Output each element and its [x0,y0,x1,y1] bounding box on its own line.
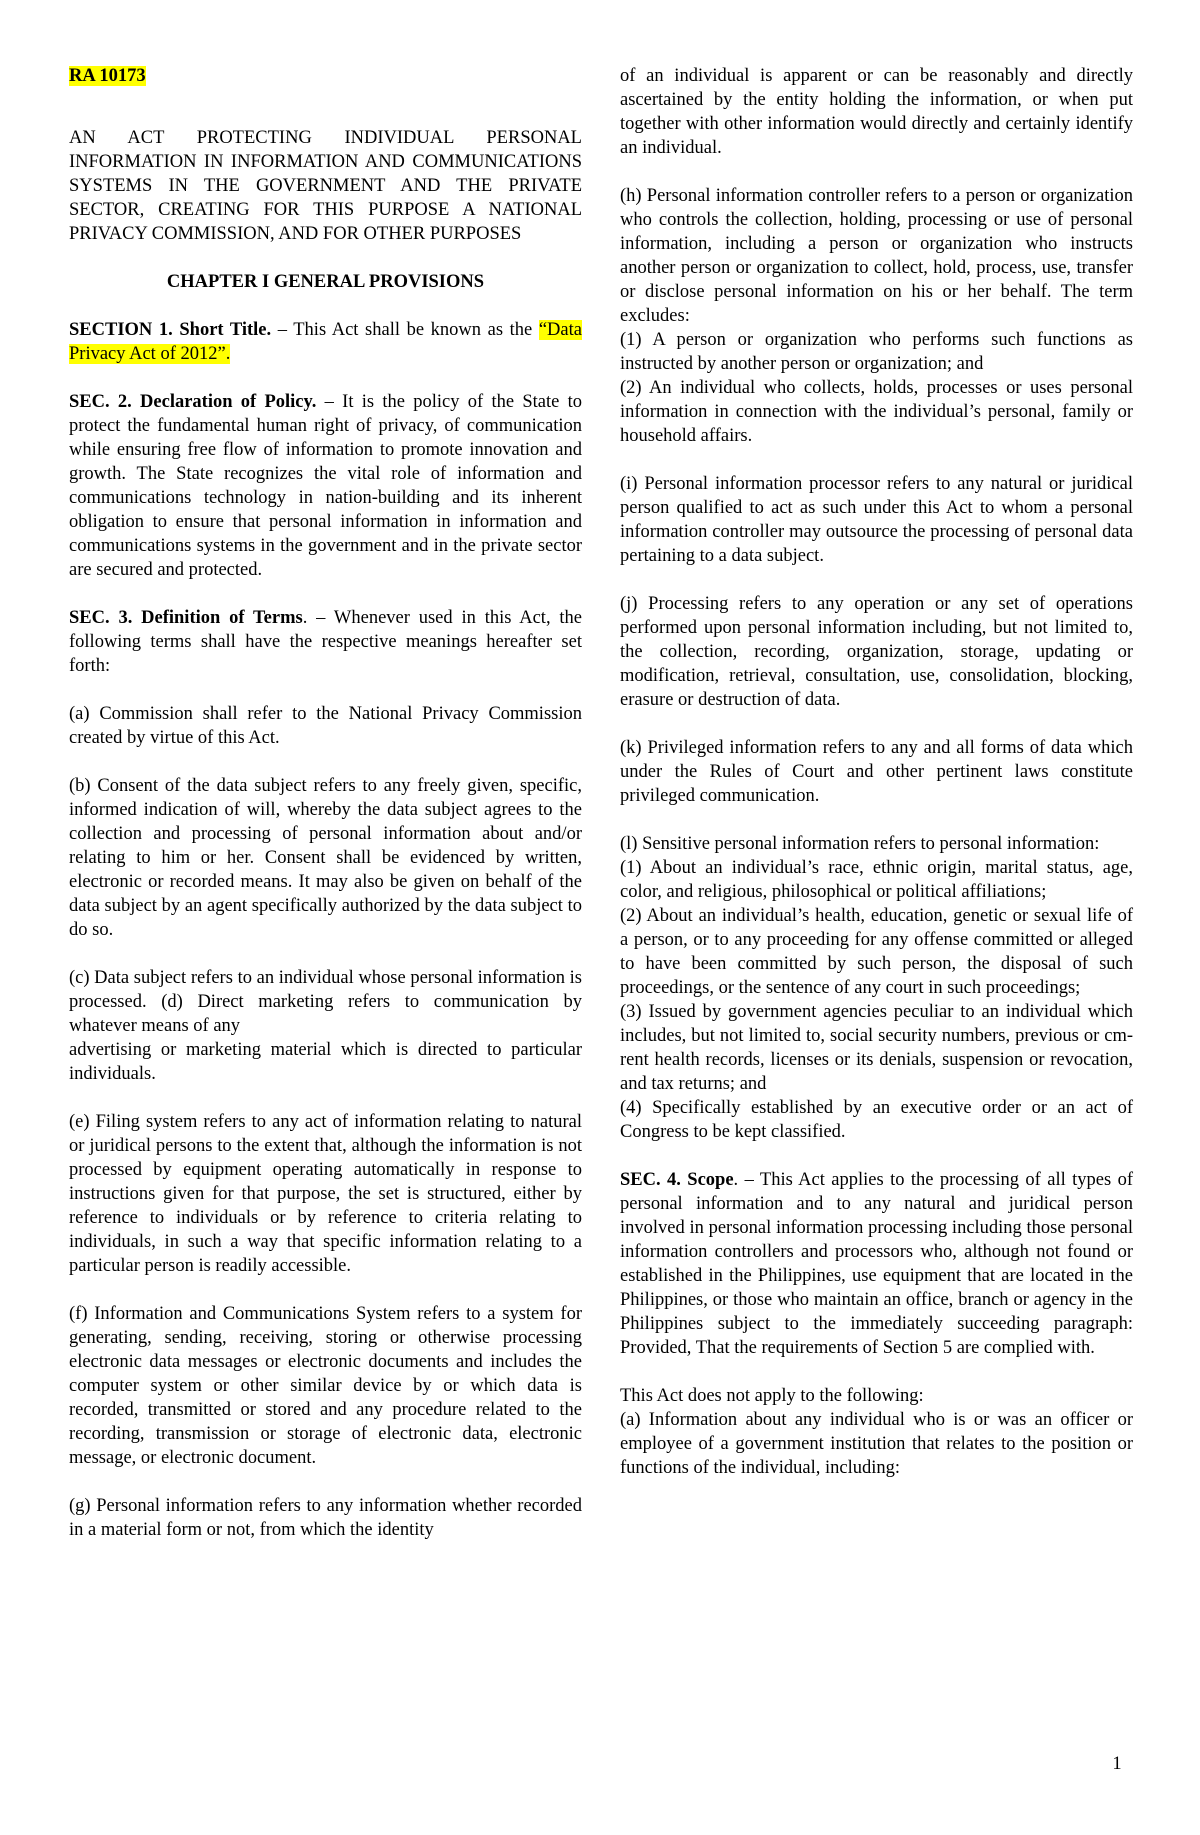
not-apply-item-a: (a) Information about any individual who… [620,1408,1133,1480]
left-column: RA 10173 AN ACT PROTECTING INDIVIDUAL PE… [69,64,582,1566]
definition-item-c-d-line2: advertising or marketing material which … [69,1040,582,1084]
section-2-paragraph: SEC. 2. Declaration of Policy. – It is t… [69,390,582,582]
act-title: AN ACT PROTECTING INDIVIDUAL PERSONAL IN… [69,126,582,246]
definition-item-l: (l) Sensitive personal information refer… [620,832,1133,856]
definition-item-g-continuation: of an individual is apparent or can be r… [620,64,1133,160]
definition-item-i: (i) Personal information processor refer… [620,472,1133,568]
item-l-sub-3: (3) Issued by government agencies peculi… [620,1000,1133,1096]
section-2-label: SEC. 2. Declaration of Policy. [69,392,316,412]
definition-item-g: (g) Personal information refers to any i… [69,1494,582,1542]
section-3-label: SEC. 3. Definition of Terms [69,608,303,628]
section-4-paragraph: SEC. 4. Scope. – This Act applies to the… [620,1168,1133,1360]
section-1-paragraph: SECTION 1. Short Title. – This Act shall… [69,318,582,366]
definition-item-b: (b) Consent of the data subject refers t… [69,774,582,942]
section-4-label: SEC. 4. Scope [620,1170,734,1190]
ra-number-highlight: RA 10173 [69,66,146,86]
two-column-layout: RA 10173 AN ACT PROTECTING INDIVIDUAL PE… [69,64,1133,1566]
section-2-body: – It is the policy of the State to prote… [69,392,582,580]
item-l-sub-1: (1) About an individual’s race, ethnic o… [620,856,1133,904]
item-h-sub-2: (2) An individual who collects, holds, p… [620,376,1133,448]
right-column: of an individual is apparent or can be r… [620,64,1133,1566]
definition-item-c-d-line1: (c) Data subject refers to an individual… [69,968,582,1036]
definition-item-k: (k) Privileged information refers to any… [620,736,1133,808]
section-1-label: SECTION 1. Short Title. [69,320,271,340]
definition-item-c-d: (c) Data subject refers to an individual… [69,966,582,1086]
item-l-sub-2: (2) About an individual’s health, educat… [620,904,1133,1000]
section-3-paragraph: SEC. 3. Definition of Terms. – Whenever … [69,606,582,678]
definition-item-f: (f) Information and Communications Syste… [69,1302,582,1470]
not-apply-intro: This Act does not apply to the following… [620,1384,1133,1408]
section-4-body: . – This Act applies to the processing o… [620,1170,1133,1358]
chapter-heading: CHAPTER I GENERAL PROVISIONS [69,270,582,294]
document-page: RA 10173 AN ACT PROTECTING INDIVIDUAL PE… [0,0,1200,1835]
section-1-lead: – This Act shall be known as the [271,320,539,340]
ra-number-line: RA 10173 [69,64,582,88]
item-l-sub-4: (4) Specifically established by an execu… [620,1096,1133,1144]
definition-item-j: (j) Processing refers to any operation o… [620,592,1133,712]
definition-item-h: (h) Personal information controller refe… [620,184,1133,328]
definition-item-e: (e) Filing system refers to any act of i… [69,1110,582,1278]
definition-item-a: (a) Commission shall refer to the Nation… [69,702,582,750]
item-h-sub-1: (1) A person or organization who perform… [620,328,1133,376]
page-number: 1 [1104,1752,1130,1776]
